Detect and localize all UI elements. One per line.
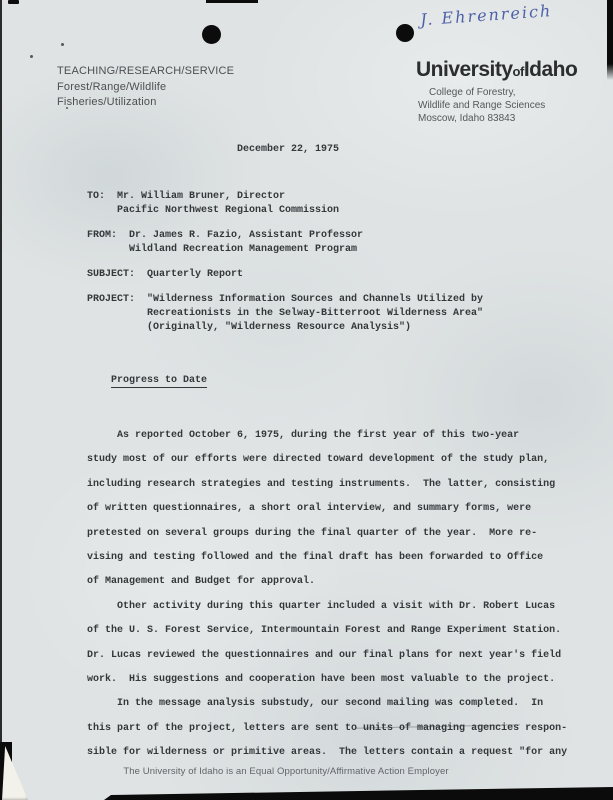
address-line: College of Forestry,: [418, 86, 545, 99]
university-logo: UniversityofIdaho: [416, 58, 577, 82]
address-line: Wildlife and Range Sciences: [418, 99, 545, 112]
logo-idaho: Idaho: [524, 58, 578, 81]
body-line: Other activity during this quarter inclu…: [87, 595, 567, 619]
field-line: "Wilderness Information Sources and Chan…: [147, 293, 483, 307]
field-label: PROJECT:: [87, 293, 135, 307]
letterhead-line: TEACHING/RESEARCH/SERVICE: [57, 64, 234, 80]
body-line: work. His suggestions and cooperation ha…: [87, 668, 567, 692]
body-line: pretested on several groups during the f…: [87, 522, 567, 546]
handwritten-signature: J. Ehrenreich: [420, 0, 601, 29]
address-line: Moscow, Idaho 83843: [418, 112, 545, 125]
field-line: Pacific Northwest Regional Commission: [117, 204, 483, 218]
hole-punch-right: [396, 24, 414, 42]
memo-field: FROM:Dr. James R. Fazio, Assistant Profe…: [87, 229, 483, 257]
field-line: Mr. William Bruner, Director: [117, 190, 483, 204]
college-address: College of Forestry,Wildlife and Range S…: [418, 86, 545, 125]
body-line: including research strategies and testin…: [87, 473, 567, 497]
body-line: As reported October 6, 1975, during the …: [87, 424, 567, 448]
logo-of: of: [513, 64, 524, 79]
field-line: Recreationists in the Selway-Bitterroot …: [147, 307, 483, 321]
letterhead-line: Forest/Range/Wildlife: [57, 80, 234, 96]
body-line: sible for wilderness or primitive areas.…: [87, 741, 567, 765]
body-line: of the U. S. Forest Service, Intermounta…: [87, 619, 567, 643]
hole-punch-left: [202, 25, 221, 44]
scan-edge-left: [0, 0, 2, 800]
memo-date: December 22, 1975: [237, 144, 339, 155]
letterhead-program-lines: TEACHING/RESEARCH/SERVICEForest/Range/Wi…: [57, 64, 234, 111]
footer-eeo-statement: The University of Idaho is an Equal Oppo…: [0, 766, 572, 777]
paper-speck: [30, 55, 33, 58]
field-label: TO:: [87, 190, 105, 204]
scan-edge-right: [607, 0, 613, 80]
body-line: vising and testing followed and the fina…: [87, 546, 567, 570]
field-label: SUBJECT:: [87, 268, 135, 282]
field-line: Wildland Recreation Management Program: [129, 243, 483, 257]
memo-body: As reported October 6, 1975, during the …: [87, 391, 567, 765]
memo-field: TO:Mr. William Bruner, DirectorPacific N…: [87, 190, 483, 218]
scan-mark-top-left: [8, 0, 19, 4]
scan-mark-top-center: [206, 0, 258, 3]
body-line: In the message analysis substudy, our se…: [87, 692, 567, 716]
letterhead-line: Fisheries/Utilization: [57, 95, 234, 111]
field-line: (Originally, "Wilderness Resource Analys…: [147, 321, 483, 335]
memo-fields: TO:Mr. William Bruner, DirectorPacific N…: [87, 190, 483, 346]
field-line: Dr. James R. Fazio, Assistant Professor: [129, 229, 483, 243]
field-line: Quarterly Report: [147, 268, 483, 282]
scanned-memo-page: J. Ehrenreich TEACHING/RESEARCH/SERVICEF…: [0, 0, 613, 800]
scan-bottom-edge: [0, 780, 613, 800]
memo-field: SUBJECT:Quarterly Report: [87, 268, 483, 282]
body-line: this part of the project, letters are se…: [87, 717, 567, 741]
paper-speck: [61, 43, 64, 46]
body-line: study most of our efforts were directed …: [87, 448, 567, 472]
body-line: of Management and Budget for approval.: [87, 570, 567, 594]
body-line: Dr. Lucas reviewed the questionnaires an…: [87, 644, 567, 668]
field-label: FROM:: [87, 229, 117, 243]
logo-university: University: [416, 58, 513, 81]
body-line: of written questionnaires, a short oral …: [87, 497, 567, 521]
memo-field: PROJECT:"Wilderness Information Sources …: [87, 293, 483, 335]
